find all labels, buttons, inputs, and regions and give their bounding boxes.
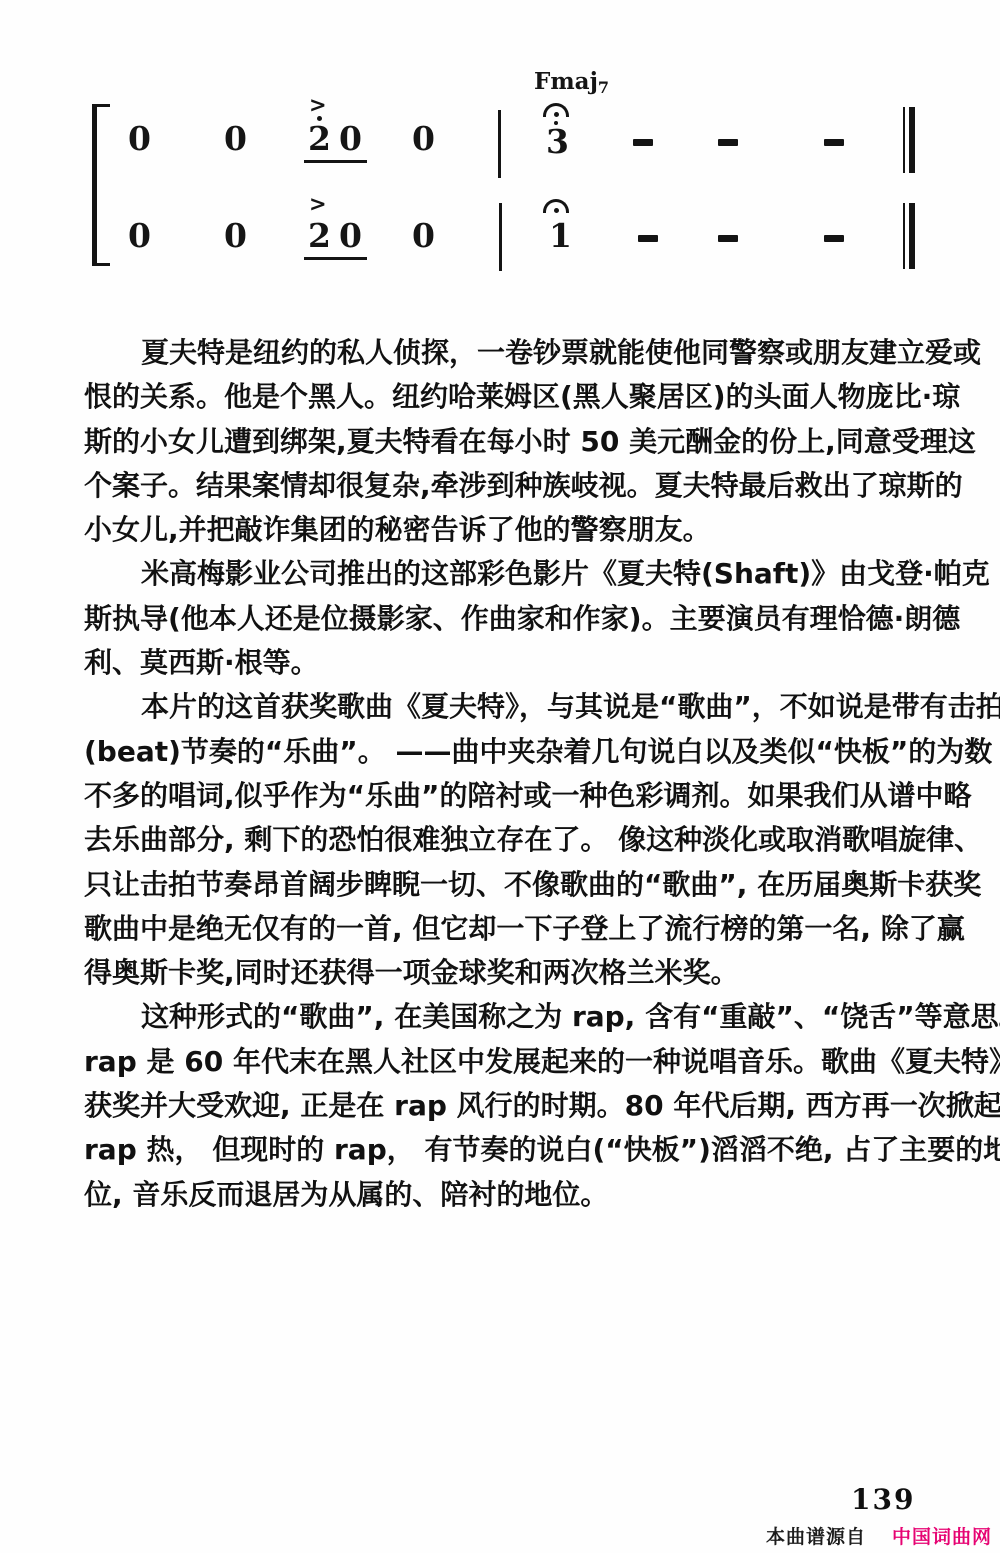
note-digit: 0 (339, 122, 362, 155)
paragraph-line: 位, 音乐反而退居为从属的、陪衬的地位。 (84, 1173, 934, 1217)
dash-extension (633, 139, 653, 146)
watermark-site: 中国词曲网 (892, 1526, 992, 1548)
note-digit: 0 (224, 219, 247, 252)
accent-icon: > (309, 195, 327, 213)
paragraph-line: 得奥斯卡奖,同时还获得一项金球奖和两次格兰米奖。 (84, 951, 934, 995)
note-digit: 0 (128, 219, 151, 252)
article-text: 夏夫特是纽约的私人侦探，一卷钞票就能使他同警察或朋友建立爱或 恨的关系。他是个黑… (84, 331, 934, 1217)
fermata-dot (554, 208, 559, 213)
dash-extension (718, 139, 738, 146)
final-barline-thin (903, 107, 905, 173)
paragraph-line: 夏夫特是纽约的私人侦探，一卷钞票就能使他同警察或朋友建立爱或 (84, 331, 934, 375)
page-number: 139 (851, 1483, 915, 1516)
accent-icon: > (309, 96, 327, 114)
dash-extension (824, 235, 844, 242)
paragraph-line: 小女儿,并把敲诈集团的秘密告诉了他的警察朋友。 (84, 508, 934, 552)
paragraph-line: 斯执导(他本人还是位摄影家、作曲家和作家)。主要演员有理恰德·朗德 (84, 597, 934, 641)
barline (499, 203, 502, 271)
paragraph-line: (beat)节奏的“乐曲”。 ——曲中夹杂着几句说白以及类似“快板”的为数 (84, 730, 934, 774)
system-bracket (92, 104, 110, 266)
scanned-songbook-page: Fmaj7 0 0 > 2 0 0 3 0 0 (0, 0, 1000, 1553)
dash-extension (824, 139, 844, 146)
note-digit: 1 (549, 219, 572, 252)
note-digit: 0 (224, 122, 247, 155)
watermark-prefix: 本曲谱源自 (766, 1526, 866, 1548)
paragraph-line: 获奖并大受欢迎, 正是在 rap 风行的时期。80 年代后期, 西方再一次掀起 (84, 1084, 934, 1128)
dash-extension (718, 235, 738, 242)
note-digit: 0 (412, 219, 435, 252)
final-barline-thick (909, 107, 915, 173)
watermark: 本曲谱源自中国词曲网 (0, 1522, 992, 1549)
paragraph-line: 斯的小女儿遭到绑架,夏夫特看在每小时 50 美元酬金的份上,同意受理这 (84, 420, 934, 464)
paragraph-line: rap 热， 但现时的 rap， 有节奏的说白(“快板”)滔滔不绝, 占了主要的… (84, 1128, 934, 1172)
paragraph-line: 只让击拍节奏昂首阔步睥睨一切、不像歌曲的“歌曲”, 在历届奥斯卡获奖 (84, 863, 934, 907)
eighth-note-beam (304, 257, 367, 260)
note-digit: 0 (339, 219, 362, 252)
final-barline-thick (909, 203, 915, 269)
barline (498, 110, 501, 178)
chord-root: Fmaj (534, 68, 598, 95)
note-digit: 2 (308, 122, 331, 155)
chord-quality: 7 (598, 78, 609, 97)
final-barline-thin (903, 203, 905, 269)
paragraph-line: rap 是 60 年代末在黑人社区中发展起来的一种说唱音乐。歌曲《夏夫特》 (84, 1040, 934, 1084)
eighth-note-beam (304, 160, 367, 163)
paragraph-line: 利、莫西斯·根等。 (84, 641, 934, 685)
paragraph-line: 这种形式的“歌曲”, 在美国称之为 rap, 含有“重敲”、“饶舌”等意思。 (84, 995, 934, 1039)
paragraph-line: 个案子。结果案情却很复杂,牵涉到种族岐视。夏夫特最后救出了琼斯的 (84, 464, 934, 508)
paragraph-line: 歌曲中是绝无仅有的一首, 但它却一下子登上了流行榜的第一名, 除了赢 (84, 907, 934, 951)
paragraph-line: 本片的这首获奖歌曲《夏夫特》，与其说是“歌曲”，不如说是带有击拍 (84, 685, 934, 729)
note-digit: 0 (412, 122, 435, 155)
note-digit: 3 (546, 125, 569, 158)
chord-label: Fmaj7 (534, 70, 609, 100)
paragraph-line: 米高梅影业公司推出的这部彩色影片《夏夫特(Shaft)》由戈登·帕克 (84, 552, 934, 596)
note-digit: 0 (128, 122, 151, 155)
fermata-dot (554, 112, 559, 117)
paragraph-line: 不多的唱词,似乎作为“乐曲”的陪衬或一种色彩调剂。如果我们从谱中略 (84, 774, 934, 818)
note-digit: 2 (308, 219, 331, 252)
dash-extension (638, 235, 658, 242)
paragraph-line: 恨的关系。他是个黑人。纽约哈莱姆区(黑人聚居区)的头面人物庞比·琼 (84, 375, 934, 419)
paragraph-line: 去乐曲部分, 剩下的恐怕很难独立存在了。 像这种淡化或取消歌唱旋律、 (84, 818, 934, 862)
